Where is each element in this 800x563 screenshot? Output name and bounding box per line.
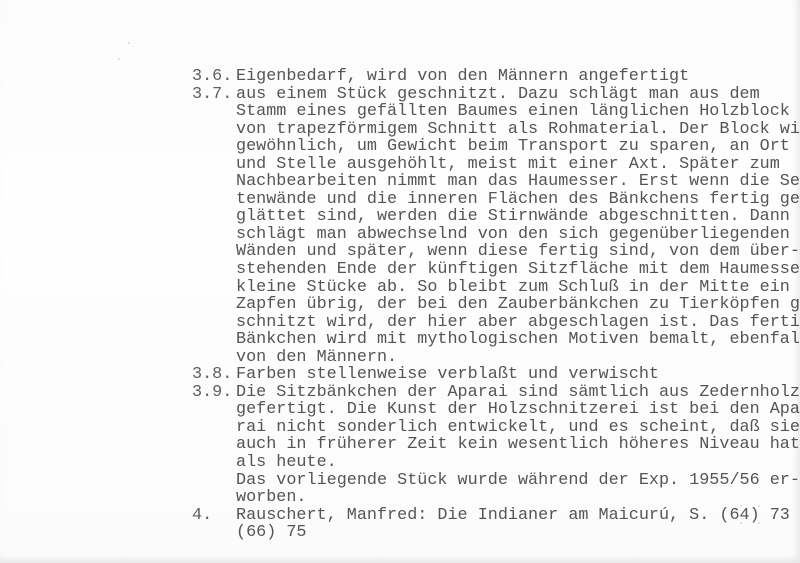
entry-number [192, 436, 236, 454]
entry-number [192, 156, 236, 174]
scan-speck [740, 522, 742, 524]
entry-continuation-line: Wänden und später, wenn diese fertig sin… [192, 243, 800, 261]
entry-number [192, 226, 236, 244]
entry-text: (66) 75 [236, 524, 307, 542]
entry-continuation-line: als heute. [192, 454, 800, 472]
entry-number [192, 524, 236, 542]
entry-continuation-line: Bänkchen wird mit mythologischen Motiven… [192, 331, 800, 349]
entry-text: stehenden Ende der künftigen Sitzfläche … [236, 261, 800, 279]
entry-text: Eigenbedarf, wird von den Männern angefe… [236, 68, 689, 86]
entry-text: gefertigt. Die Kunst der Holzschnitzerei… [236, 401, 800, 419]
entry-number [192, 191, 236, 209]
entry-text: tenwände und die inneren Flächen des Bän… [236, 191, 800, 209]
entry-continuation-line: tenwände und die inneren Flächen des Bän… [192, 191, 800, 209]
entry-continuation-line: stehenden Ende der künftigen Sitzfläche … [192, 261, 800, 279]
entry-continuation-line: gefertigt. Die Kunst der Holzschnitzerei… [192, 401, 800, 419]
entry-text: als heute. [236, 454, 337, 472]
entry-continuation-line: Zapfen übrig, der bei den Zauberbänkchen… [192, 296, 800, 314]
entry-text: aus einem Stück geschnitzt. Dazu schlägt… [236, 86, 760, 104]
entry-number [192, 173, 236, 191]
entry-number [192, 401, 236, 419]
entry-text: worben. [236, 489, 307, 507]
entry-continuation-line: und Stelle ausgehöhlt, meist mit einer A… [192, 156, 800, 174]
entry-continuation-line: glättet sind, werden die Stirnwände abge… [192, 208, 800, 226]
entry-text: schlägt man abwechselnd von den sich geg… [236, 226, 790, 244]
entry-first-line: 3.6.Eigenbedarf, wird von den Männern an… [192, 68, 800, 86]
entry-continuation-line: von den Männern. [192, 349, 800, 367]
scan-speck [128, 42, 130, 44]
entry-text: von den Männern. [236, 349, 397, 367]
entry-number [192, 103, 236, 121]
entry-number [192, 243, 236, 261]
scan-speck [740, 505, 742, 507]
entry-number [192, 138, 236, 156]
entry-text: gewöhnlich, um Gewicht beim Transport zu… [236, 138, 790, 156]
entry-number [192, 472, 236, 490]
entry-text: rai nicht sonderlich entwickelt, und es … [236, 419, 800, 437]
scan-speck [118, 58, 120, 60]
entry-continuation-line: (66) 75 [192, 524, 800, 542]
entry-text: Wänden und später, wenn diese fertig sin… [236, 243, 800, 261]
entry-text: Bänkchen wird mit mythologischen Motiven… [236, 331, 800, 349]
entry-number [192, 279, 236, 297]
entry-number: 3.7. [192, 86, 236, 104]
entry-number [192, 331, 236, 349]
entry-number [192, 261, 236, 279]
entry-continuation-line: von trapezförmigem Schnitt als Rohmateri… [192, 121, 800, 139]
entry-text: Das vorliegende Stück wurde während der … [236, 472, 800, 490]
entry-text: glättet sind, werden die Stirnwände abge… [236, 208, 790, 226]
scanned-page: 3.6.Eigenbedarf, wird von den Männern an… [0, 0, 800, 563]
entry-continuation-line: schnitzt wird, der hier aber abgeschlage… [192, 314, 800, 332]
entry-continuation-line: gewöhnlich, um Gewicht beim Transport zu… [192, 138, 800, 156]
entry-text: schnitzt wird, der hier aber abgeschlage… [236, 314, 800, 332]
entry-text: Farben stellenweise verblaßt und verwisc… [236, 366, 659, 384]
entry-first-line: 3.7.aus einem Stück geschnitzt. Dazu sch… [192, 86, 800, 104]
entry-number [192, 208, 236, 226]
scan-speck [758, 522, 760, 524]
entry-number [192, 314, 236, 332]
entry-number [192, 121, 236, 139]
entry-number [192, 454, 236, 472]
entry-continuation-line: Stamm eines gefällten Baumes einen längl… [192, 103, 800, 121]
scan-speck [758, 505, 760, 507]
entry-text: Stamm eines gefällten Baumes einen längl… [236, 103, 790, 121]
entry-first-line: 3.8.Farben stellenweise verblaßt und ver… [192, 366, 800, 384]
entry-first-line: 3.9.Die Sitzbänkchen der Aparai sind säm… [192, 384, 800, 402]
entry-number [192, 419, 236, 437]
entry-text: Zapfen übrig, der bei den Zauberbänkchen… [236, 296, 800, 314]
entry-continuation-line: Nachbearbeiten nimmt man das Haumesser. … [192, 173, 800, 191]
entry-continuation-line: schlägt man abwechselnd von den sich geg… [192, 226, 800, 244]
entry-number [192, 349, 236, 367]
entry-continuation-line: auch in früherer Zeit kein wesentlich hö… [192, 436, 800, 454]
entry-number [192, 489, 236, 507]
typewritten-document: 3.6.Eigenbedarf, wird von den Männern an… [192, 68, 800, 542]
entry-continuation-line: rai nicht sonderlich entwickelt, und es … [192, 419, 800, 437]
entry-continuation-line: kleine Stücke ab. So bleibt zum Schluß i… [192, 279, 800, 297]
entry-number: 3.8. [192, 366, 236, 384]
entry-number: 3.9. [192, 384, 236, 402]
entry-number: 3.6. [192, 68, 236, 86]
entry-text: Rauschert, Manfred: Die Indianer am Maic… [236, 507, 800, 525]
entry-number [192, 296, 236, 314]
entry-number: 4. [192, 507, 236, 525]
entry-continuation-line: Das vorliegende Stück wurde während der … [192, 472, 800, 490]
entry-continuation-line: worben. [192, 489, 800, 507]
entry-text: von trapezförmigem Schnitt als Rohmateri… [236, 121, 800, 139]
entry-text: Die Sitzbänkchen der Aparai sind sämtlic… [236, 384, 800, 402]
entry-text: auch in früherer Zeit kein wesentlich hö… [236, 436, 800, 454]
entry-text: kleine Stücke ab. So bleibt zum Schluß i… [236, 279, 790, 297]
entry-first-line: 4.Rauschert, Manfred: Die Indianer am Ma… [192, 507, 800, 525]
entry-text: und Stelle ausgehöhlt, meist mit einer A… [236, 156, 780, 174]
entry-text: Nachbearbeiten nimmt man das Haumesser. … [236, 173, 800, 191]
